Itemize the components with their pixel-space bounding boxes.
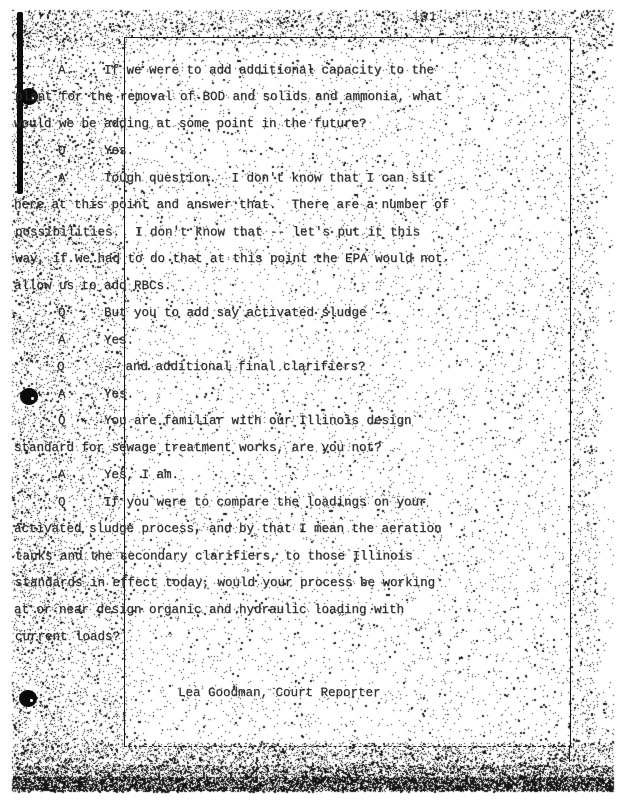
line-text: allow us to add RBCs. [14, 279, 172, 293]
transcript-line: ATough question. I don't know that I can… [0, 172, 460, 199]
transcript-line: QIf you were to compare the loadings on … [0, 496, 460, 523]
speaker-label: Q [58, 144, 104, 158]
transcript-line: allow us to add RBCs. [0, 279, 459, 306]
line-text: standard for sewage treatment works, are… [14, 441, 382, 455]
transcript-line: Q-- and additional final clarifiers? [0, 360, 459, 387]
line-text: here at this point and answer that. Ther… [14, 198, 449, 212]
transcript-lines: A.If we were to add additional capacity … [0, 63, 460, 657]
line-text: way, if we had to do that at this point … [15, 252, 443, 266]
transcript-line: plant for the removal of BOD and solids … [0, 90, 460, 117]
speaker-label: A. [58, 64, 104, 78]
line-text: tanks and the secondary clarifiers, to t… [15, 550, 413, 564]
line-text: possibilities. I don't know that -- let'… [15, 226, 420, 240]
transcript-line: way, if we had to do that at this point … [0, 252, 460, 279]
transcript-line: standards in effect today, would your pr… [0, 576, 460, 603]
speaker-label: Q [58, 306, 104, 320]
transcript-line: tanks and the secondary clarifiers, to t… [0, 550, 460, 577]
transcript-line: activated sludge process, and by that I … [0, 522, 459, 549]
line-text: Yes. [104, 388, 134, 402]
page-number: 101 [412, 10, 438, 24]
line-text: Tough question. I don't know that I can … [104, 172, 434, 186]
line-text: Yes. [104, 334, 134, 348]
line-text: current loads? [15, 630, 120, 644]
transcript-line: A.If we were to add additional capacity … [0, 64, 460, 91]
transcript-line: QBut you to add say activated sludge -- [0, 306, 460, 333]
speaker-label: Q [58, 414, 104, 428]
transcript-line: standard for sewage treatment works, are… [0, 441, 459, 468]
line-text: You are familiar with our Illinois desig… [104, 414, 412, 428]
line-text: at or near design organic and hydraulic … [14, 603, 404, 617]
line-text: activated sludge process, and by that I … [14, 522, 442, 536]
transcript-line: AYes, I am. [0, 468, 460, 495]
punch-hole-bottom [19, 690, 37, 707]
court-reporter-signature: Lea Goodman, Court Reporter [178, 686, 381, 700]
line-text: standards in effect today, would your pr… [15, 576, 435, 590]
line-text: plant for the removal of BOD and solids … [15, 90, 443, 104]
speaker-label: A [58, 172, 104, 186]
transcript-line: AYes. [0, 388, 460, 415]
line-text: would we be adding at some point in the … [14, 117, 367, 131]
transcript-line: current loads? [0, 630, 460, 657]
speaker-label: Q [58, 496, 104, 510]
speaker-label: A [58, 388, 104, 402]
line-text: If you were to compare the loadings on y… [104, 496, 427, 510]
transcript-line: possibilities. I don't know that -- let'… [0, 226, 460, 253]
transcript-line: QYes. [0, 144, 460, 171]
transcript-line: at or near design organic and hydraulic … [0, 603, 459, 630]
line-text: Yes, I am. [104, 468, 179, 482]
scanned-transcript-page: 101 A.If we were to add additional capac… [0, 0, 618, 800]
transcript-line: here at this point and answer that. Ther… [0, 198, 459, 225]
line-text: If we were to add additional capacity to… [104, 64, 434, 78]
line-text: But you to add say activated sludge -- [104, 306, 389, 320]
speaker-label: Q [57, 360, 103, 374]
line-text: Yes. [104, 144, 134, 158]
transcript-line: would we be adding at some point in the … [0, 117, 459, 144]
speaker-label: A [58, 468, 104, 482]
line-text: -- and additional final clarifiers? [103, 360, 366, 374]
speaker-label: A [58, 334, 104, 348]
border-right-tail [569, 745, 570, 762]
transcript-line: AYes. [0, 334, 460, 361]
transcript-line: QYou are familiar with our Illinois desi… [0, 414, 460, 441]
